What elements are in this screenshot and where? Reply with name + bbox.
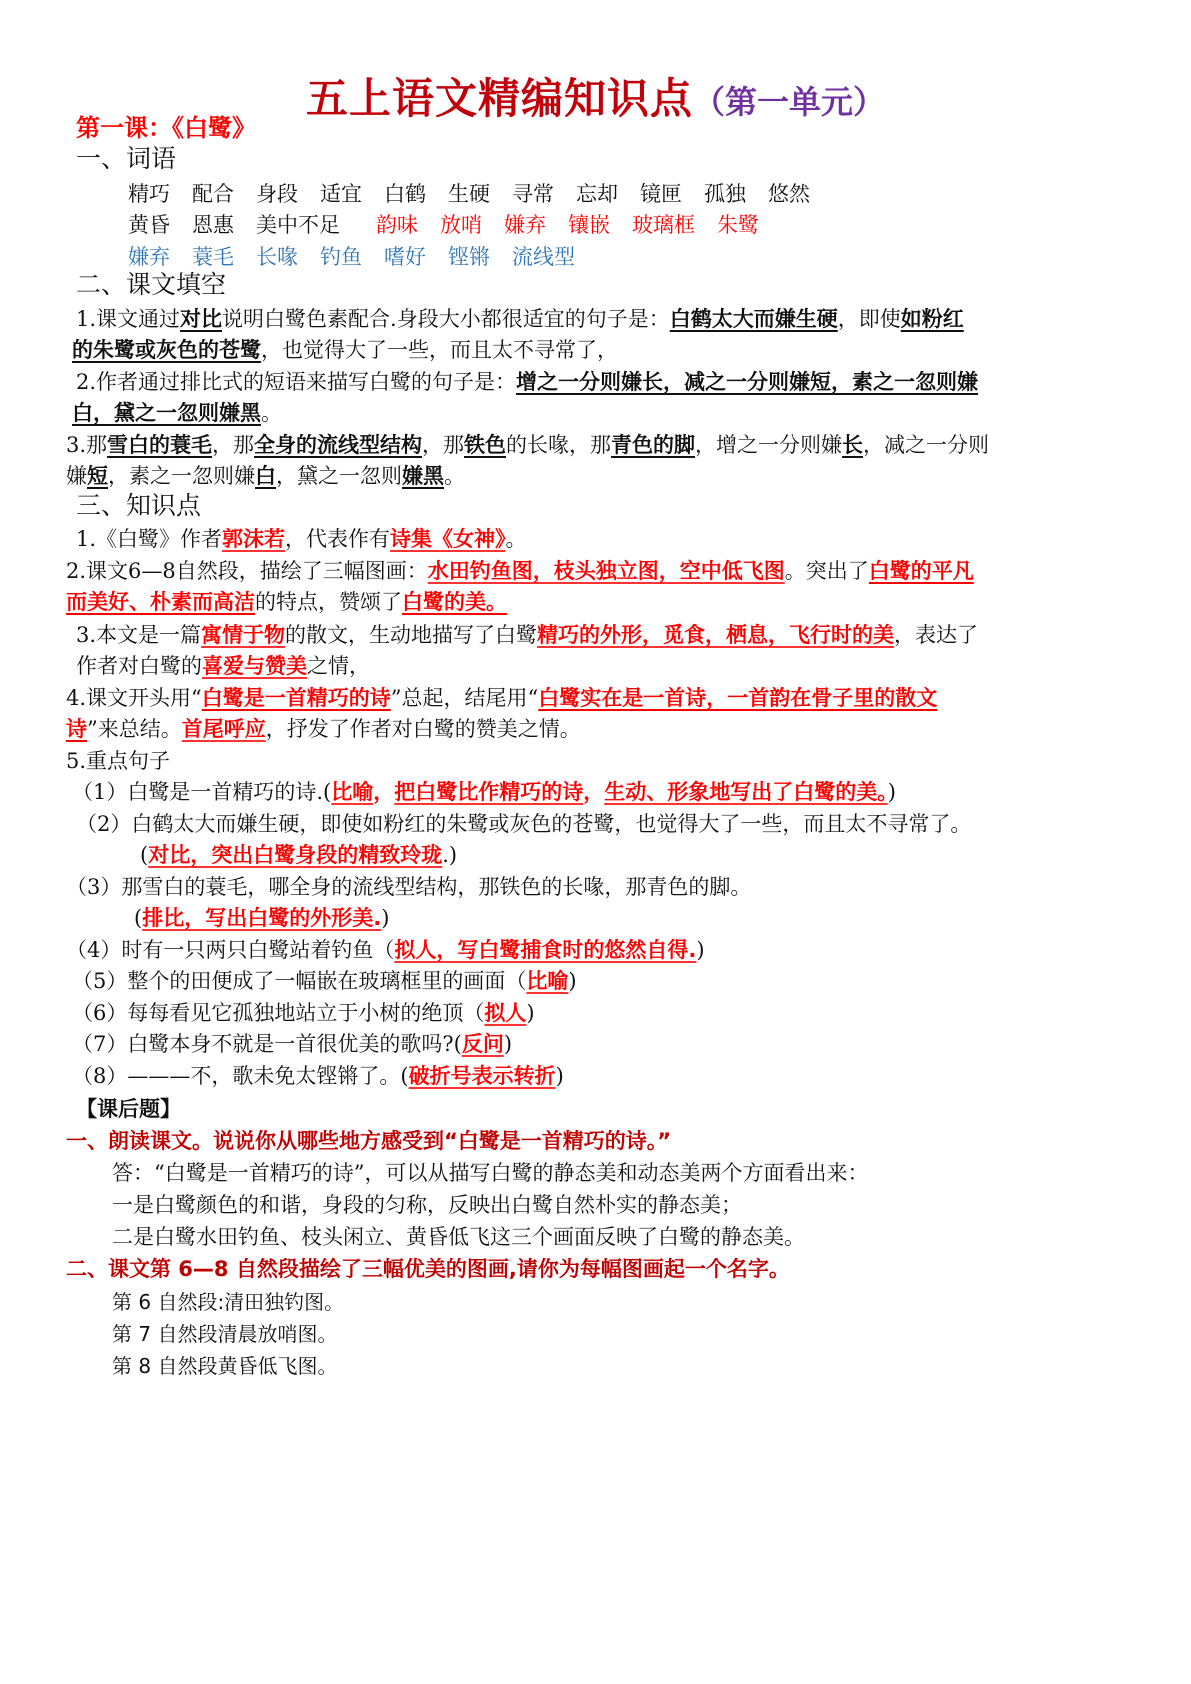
section-heading-fill: 二、课文填空 [76, 270, 226, 300]
knowledge-item-2-line-2: 而美好、朴素而高洁的特点，赞颂了白鹭的美。 [66, 587, 507, 617]
key-sentence-1: （1）白鹭是一首精巧的诗.(比喻，把白鹭比作精巧的诗，生动、形象地写出了白鹭的美… [72, 777, 896, 807]
after-class-question-1: 一、朗读课文。说说你从哪些地方感受到“白鹭是一首精巧的诗。” [66, 1126, 671, 1156]
key-sentence-8: （8）———不，歌未免太铿锵了。(破折号表示转折) [72, 1061, 564, 1091]
key-sentence-6: （6）每每看见它孤独地站立于小树的绝顶（拟人) [72, 998, 535, 1028]
vocab-word: 恩惠 [192, 209, 234, 239]
fill-item-3-line-1: 3.那雪白的蓑毛，那全身的流线型结构，那铁色的长喙，那青色的脚，增之一分则嫌长，… [66, 430, 989, 460]
answer-2-line-2: 第 7 自然段清晨放哨图。 [112, 1319, 337, 1349]
knowledge-item-4-line-2: 诗”来总结。首尾呼应，抒发了作者对白鹭的赞美之情。 [66, 714, 581, 744]
title-main: 五上语文精编知识点 [306, 74, 693, 123]
answer-2-line-1: 第 6 自然段:清田独钓图。 [112, 1287, 344, 1317]
key-sentence-2: （2）白鹤太大而嫌生硬，即使如粉红的朱鹭或灰色的苍鹭，也觉得大了一些，而且太不寻… [76, 809, 971, 839]
knowledge-item-3-line-1: 3.本文是一篇寓情于物的散文，生动地描写了白鹭精巧的外形，觅食，栖息，飞行时的美… [76, 620, 978, 650]
key-sentence-3-note: (排比，写出白鹭的外形美.) [134, 903, 389, 933]
vocab-word-highlight: 镶嵌 [568, 209, 610, 239]
knowledge-item-4-line-1: 4.课文开头用“白鹭是一首精巧的诗”总起，结尾用“白鹭实在是一首诗，一首韵在骨子… [66, 683, 937, 713]
key-sentences-heading: 5.重点句子 [66, 746, 170, 776]
answer-2-line-3: 第 8 自然段黄昏低飞图。 [112, 1351, 337, 1381]
answer-1-line-1: 答：“白鹭是一首精巧的诗”，可以从描写白鹭的静态美和动态美两个方面看出来： [112, 1158, 868, 1188]
vocab-word-blue: 铿锵 [448, 241, 490, 271]
fill-item-1-line-2: 的朱鹭或灰色的苍鹭，也觉得大了一些，而且太不寻常了， [72, 335, 618, 365]
vocab-row-1: 精巧配合身段适宜白鹤生硬寻常忘却镜匣孤独悠然 [128, 178, 832, 208]
knowledge-item-3-line-2: 作者对白鹭的喜爱与赞美之情， [76, 651, 370, 681]
vocab-word: 黄昏 [128, 209, 170, 239]
vocab-word-highlight: 朱鹭 [717, 209, 759, 239]
key-sentence-3: （3）那雪白的蓑毛，哪全身的流线型结构，那铁色的长喙，那青色的脚。 [66, 872, 751, 902]
vocab-word: 孤独 [704, 178, 746, 208]
section-heading-knowledge: 三、知识点 [76, 491, 201, 521]
title-unit: （第一单元） [693, 83, 885, 121]
fill-item-2-line-1: 2.作者通过排比式的短语来描写白鹭的句子是：增之一分则嫌长，减之一分则嫌短，素之… [76, 367, 978, 397]
vocab-word-blue: 长喙 [256, 241, 298, 271]
key-sentence-2-note: (对比，突出白鹭身段的精致玲珑.) [140, 840, 457, 870]
vocab-word: 美中不足 [256, 209, 340, 239]
section-heading-vocab: 一、词语 [76, 144, 176, 174]
vocab-word: 悠然 [768, 178, 810, 208]
vocab-word-highlight: 韵味 [376, 209, 418, 239]
vocab-word: 寻常 [512, 178, 554, 208]
vocab-row-3: 嫌弃蓑毛长喙钓鱼嗜好铿锵流线型 [128, 241, 597, 271]
vocab-word: 生硬 [448, 178, 490, 208]
vocab-word-highlight: 嫌弃 [504, 209, 546, 239]
vocab-word-highlight: 放哨 [440, 209, 482, 239]
vocab-word-blue: 流线型 [512, 241, 575, 271]
vocab-word-blue: 钓鱼 [320, 241, 362, 271]
fill-item-2-line-2: 白，黛之一忽则嫌黑。 [72, 398, 282, 428]
fill-item-1-line-1: 1.课文通过对比说明白鹭色素配合.身段大小都很适宜的句子是：白鹤太大而嫌生硬，即… [76, 304, 964, 334]
answer-1-line-2: 一是白鹭颜色的和谐，身段的匀称，反映出白鹭自然朴实的静态美； [112, 1190, 742, 1220]
vocab-row-2: 黄昏恩惠美中不足韵味放哨嫌弃镶嵌玻璃框朱鹭 [128, 209, 781, 239]
lesson-title: 第一课：《白鹭》 [76, 113, 256, 143]
vocab-word: 白鹤 [384, 178, 426, 208]
answer-1-line-3: 二是白鹭水田钓鱼、枝头闲立、黄昏低飞这三个画面反映了白鹭的静态美。 [112, 1222, 805, 1252]
vocab-word: 适宜 [320, 178, 362, 208]
knowledge-item-1: 1.《白鹭》作者郭沫若，代表作有诗集《女神》。 [76, 524, 527, 554]
key-sentence-5: （5）整个的田便成了一幅嵌在玻璃框里的画面（比喻) [72, 966, 577, 996]
vocab-word: 身段 [256, 178, 298, 208]
vocab-word-blue: 嫌弃 [128, 241, 170, 271]
vocab-word-highlight: 玻璃框 [632, 209, 695, 239]
after-class-question-2: 二、课文第 6—8 自然段描绘了三幅优美的图画,请你为每幅图画起一个名字。 [66, 1254, 790, 1284]
key-sentence-4: （4）时有一只两只白鹭站着钓鱼（拟人，写白鹭捕食时的悠然自得.) [66, 935, 705, 965]
vocab-word-blue: 蓑毛 [192, 241, 234, 271]
document-page: 五上语文精编知识点（第一单元） 第一课：《白鹭》 一、词语 精巧配合身段适宜白鹤… [0, 0, 1191, 1684]
knowledge-item-2-line-1: 2.课文6—8自然段，描绘了三幅图画：水田钓鱼图，枝头独立图，空中低飞图。突出了… [66, 556, 974, 586]
after-class-heading: 【课后题】 [76, 1094, 181, 1124]
vocab-word-blue: 嗜好 [384, 241, 426, 271]
fill-item-3-line-2: 嫌短，素之一忽则嫌白，黛之一忽则嫌黑。 [66, 461, 465, 491]
vocab-word: 忘却 [576, 178, 618, 208]
vocab-word: 精巧 [128, 178, 170, 208]
vocab-word: 配合 [192, 178, 234, 208]
vocab-word: 镜匣 [640, 178, 682, 208]
key-sentence-7: （7）白鹭本身不就是一首很优美的歌吗?(反问) [72, 1029, 512, 1059]
